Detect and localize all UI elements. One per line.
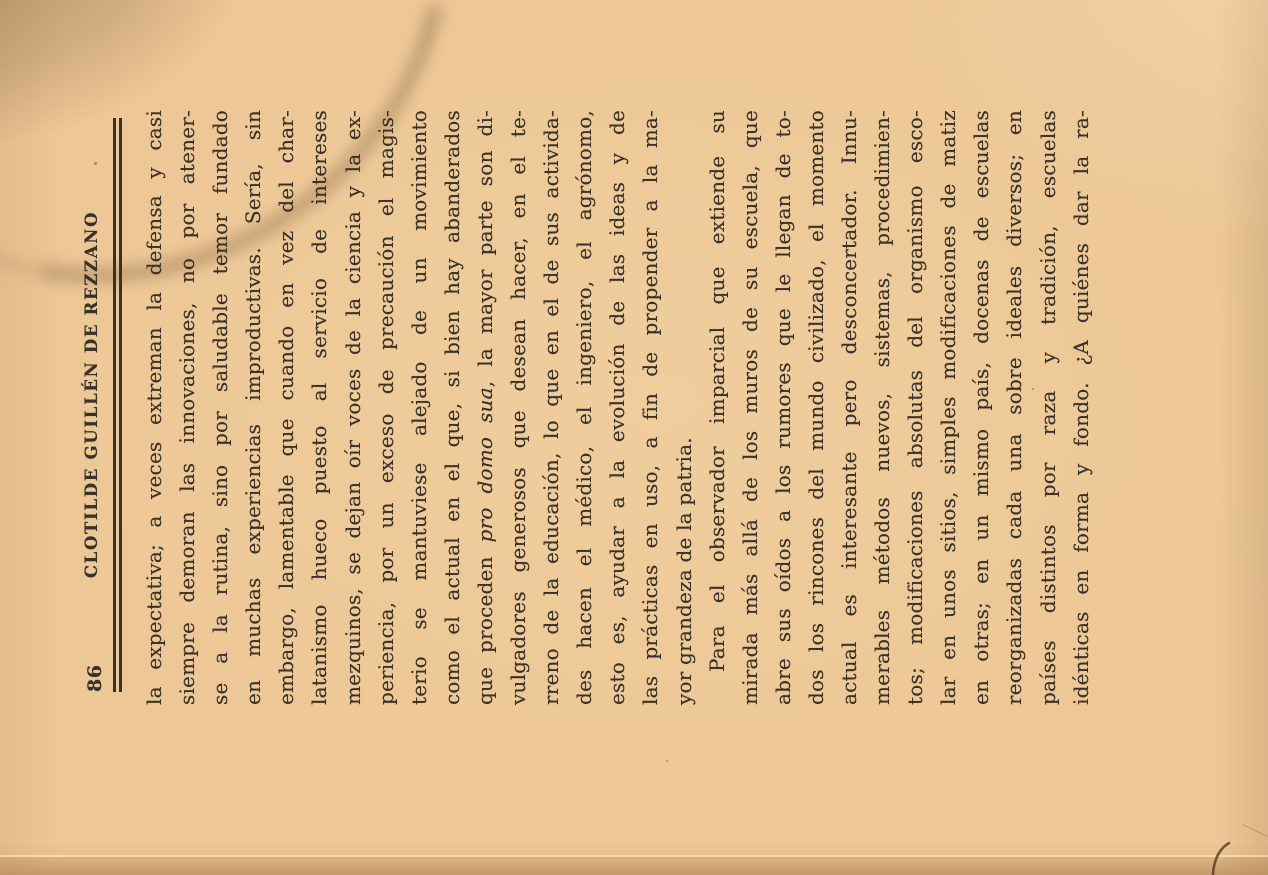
text-line: dos los rincones del mundo civilizado, e… [800, 110, 833, 705]
text-line: des hacen el médico, el ingeniero, el ag… [568, 110, 601, 705]
text-line: idénticas en forma y fondo. ¿A quiénes d… [1065, 110, 1098, 705]
text-line: como el actual en el que, si bien hay ab… [436, 110, 469, 705]
text-line: mirada más allá de los muros de su escue… [734, 110, 767, 705]
text-line: terio se mantuviese alejado de un movimi… [403, 110, 436, 705]
text-line: rreno de la educación, lo que en el de s… [535, 110, 568, 705]
text-line: en muchas experiencias improductivas. Se… [237, 110, 270, 705]
header-double-rule [113, 118, 122, 692]
rotated-page: 86 CLOTILDE GUILLÉN DE REZZANO la expect… [0, 0, 1268, 875]
text-line: Para el observador imparcial que extiend… [701, 110, 734, 705]
page-number: 86 [84, 665, 106, 692]
text-line: lar en unos sitios, simples modificacion… [932, 110, 965, 705]
text-line: mezquinos, se dejan oír voces de la cien… [337, 110, 370, 705]
text-line: actual es interesante pero desconcertado… [833, 110, 866, 705]
text-line: embargo, lamentable que cuando en vez de… [270, 110, 303, 705]
body-text: la expectativa; a veces extreman la defe… [138, 110, 1098, 705]
paragraph: la expectativa; a veces extreman la defe… [138, 110, 701, 705]
text-line: que proceden pro domo sua, la mayor part… [469, 110, 502, 705]
text-line: vulgadores generosos que desean hacer, e… [502, 110, 535, 705]
text-line: reorganizadas cada una sobre ideales div… [998, 110, 1031, 705]
text-line: latanismo hueco puesto al servicio de in… [303, 110, 336, 705]
text-line: merables métodos nuevos, sistemas, proce… [866, 110, 899, 705]
page-header: 86 CLOTILDE GUILLÉN DE REZZANO [82, 110, 109, 705]
scanned-book-page: 86 CLOTILDE GUILLÉN DE REZZANO la expect… [0, 0, 1268, 875]
text-line: periencia, por un exceso de precaución e… [370, 110, 403, 705]
text-line: la expectativa; a veces extreman la defe… [138, 110, 171, 705]
text-line: esto es, ayudar a la evolución de las id… [601, 110, 634, 705]
text-column: 86 CLOTILDE GUILLÉN DE REZZANO la expect… [82, 110, 1098, 705]
text-line: se a la rutina, sino por saludable temor… [204, 110, 237, 705]
text-line: países distintos por raza y tradición, e… [1032, 110, 1065, 705]
running-header: CLOTILDE GUILLÉN DE REZZANO [82, 110, 101, 705]
text-line: siempre demoran las innovaciones, no por… [171, 110, 204, 705]
text-line: tos; modificaciones absolutas del organi… [899, 110, 932, 705]
text-line: en otras; en un mismo país, docenas de e… [965, 110, 998, 705]
text-line: yor grandeza de la patria. [668, 110, 701, 705]
text-line: las prácticas en uso, a fin de propender… [634, 110, 667, 705]
text-line: abre sus oídos a los rumores que le lleg… [767, 110, 800, 705]
paragraph: Para el observador imparcial que extiend… [701, 110, 1098, 705]
